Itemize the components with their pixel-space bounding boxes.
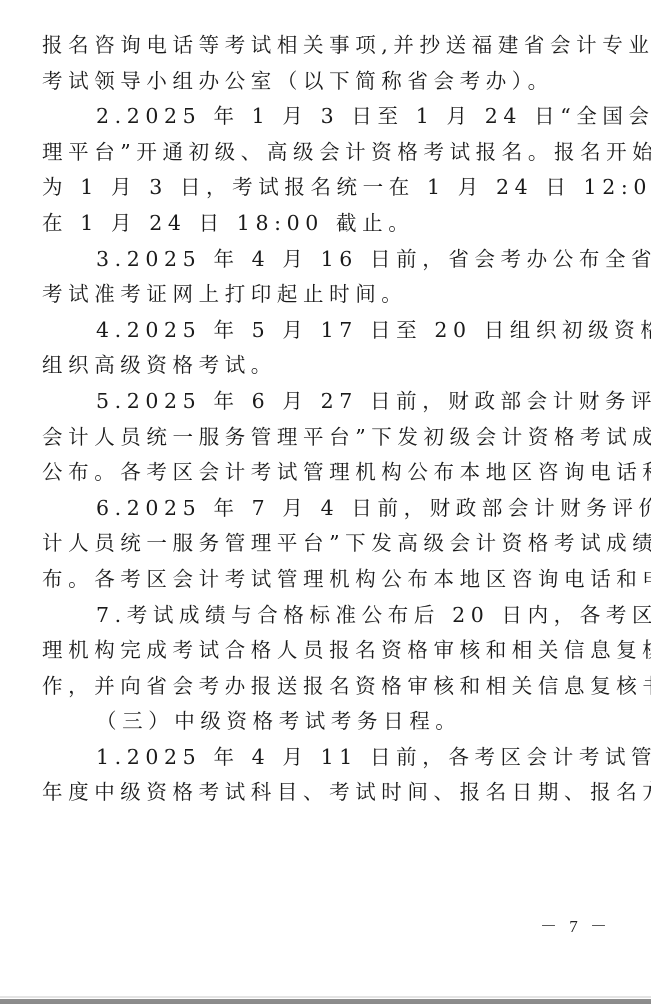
text-line: 计人员统一服务管理平台”下发高级会计资格考试成绩并对外公 (42, 526, 634, 562)
text-line: 作，并向省会考办报送报名资格审核和相关信息复核书面报告。 (42, 669, 634, 705)
list-item-7: 7.考试成绩与合格标准公布后 20 日内，各考区会计考试管 (42, 598, 634, 634)
document-body: 报名咨询电话等考试相关事项,并抄送福建省会计专业技术资格 考试领导小组办公室（以… (42, 28, 634, 811)
text-line: 年度中级资格考试科目、考试时间、报名日期、报名方式、报名 (42, 775, 634, 811)
text-line: 布。各考区会计考试管理机构公布本地区咨询电话和电子邮箱。 (42, 562, 634, 598)
text-line: 会计人员统一服务管理平台”下发初级会计资格考试成绩并对外 (42, 420, 634, 456)
text-line: 公布。各考区会计考试管理机构公布本地区咨询电话和电子邮箱。 (42, 455, 634, 491)
text-line: 考试领导小组办公室（以下简称省会考办）。 (42, 64, 634, 100)
section-heading: （三）中级资格考试考务日程。 (42, 704, 634, 740)
text-line: 为 1 月 3 日，考试报名统一在 1 月 24 日 12:00 截止，缴费统一 (42, 170, 634, 206)
list-item-6: 6.2025 年 7 月 4 日前，财政部会计财务评价中心在“全国会 (42, 491, 634, 527)
list-item-5: 5.2025 年 6 月 27 日前，财政部会计财务评价中心在“全国 (42, 384, 634, 420)
text-line: 组织高级资格考试。 (42, 348, 634, 384)
text-line: 理平台”开通初级、高级会计资格考试报名。报名开始时间统一 (42, 135, 634, 171)
text-line: 理机构完成考试合格人员报名资格审核和相关信息复核、确认工 (42, 633, 634, 669)
list-item-3: 3.2025 年 4 月 16 日前，省会考办公布全省初级、高级资格 (42, 242, 634, 278)
list-item-1: 1.2025 年 4 月 11 日前，各考区会计考试管理机构公布 2024 (42, 740, 634, 776)
page-bottom-edge (0, 996, 651, 1004)
list-item-2: 2.2025 年 1 月 3 日至 1 月 24 日“全国会计人员统一服务管 (42, 99, 634, 135)
text-line: 在 1 月 24 日 18:00 截止。 (42, 206, 634, 242)
document-page: 报名咨询电话等考试相关事项,并抄送福建省会计专业技术资格 考试领导小组办公室（以… (0, 0, 651, 996)
page-number: － 7 － (540, 912, 611, 937)
text-line: 报名咨询电话等考试相关事项,并抄送福建省会计专业技术资格 (42, 28, 634, 64)
text-line: 考试准考证网上打印起止时间。 (42, 277, 634, 313)
list-item-4: 4.2025 年 5 月 17 日至 20 日组织初级资格考试，5 月 17 日 (42, 313, 634, 349)
